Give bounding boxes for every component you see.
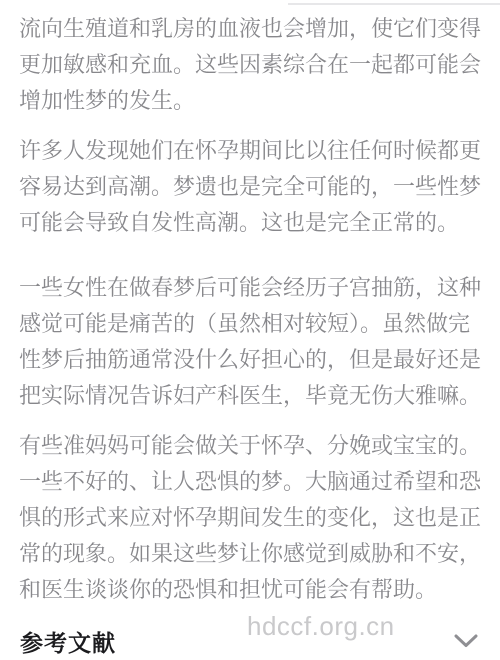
article-body: 流向生殖道和乳房的血液也会增加，使它们变得 更加敏感和充血。这些因素综合在一起都…: [0, 0, 500, 608]
paragraph-4: 有些准妈妈可能会做关于怀孕、分娩或宝宝的。 一些不好的、让人恐惧的梦。大脑通过希…: [19, 428, 481, 608]
chevron-down-icon[interactable]: [452, 631, 480, 651]
references-section-header[interactable]: 参考文献: [0, 622, 500, 660]
paragraph-1: 流向生殖道和乳房的血液也会增加，使它们变得 更加敏感和充血。这些因素综合在一起都…: [19, 11, 481, 119]
paragraph-3: 一些女性在做春梦后可能会经历子宫抽筋，这种 感觉可能是痛苦的（虽然相对较短）。虽…: [19, 270, 481, 414]
paragraph-2: 许多人发现她们在怀孕期间比以往任何时候都更 容易达到高潮。梦遗也是完全可能的，一…: [19, 133, 481, 241]
top-divider: [288, 3, 500, 5]
references-title: 参考文献: [20, 625, 116, 658]
article-page: 流向生殖道和乳房的血液也会增加，使它们变得 更加敏感和充血。这些因素综合在一起都…: [0, 0, 500, 660]
